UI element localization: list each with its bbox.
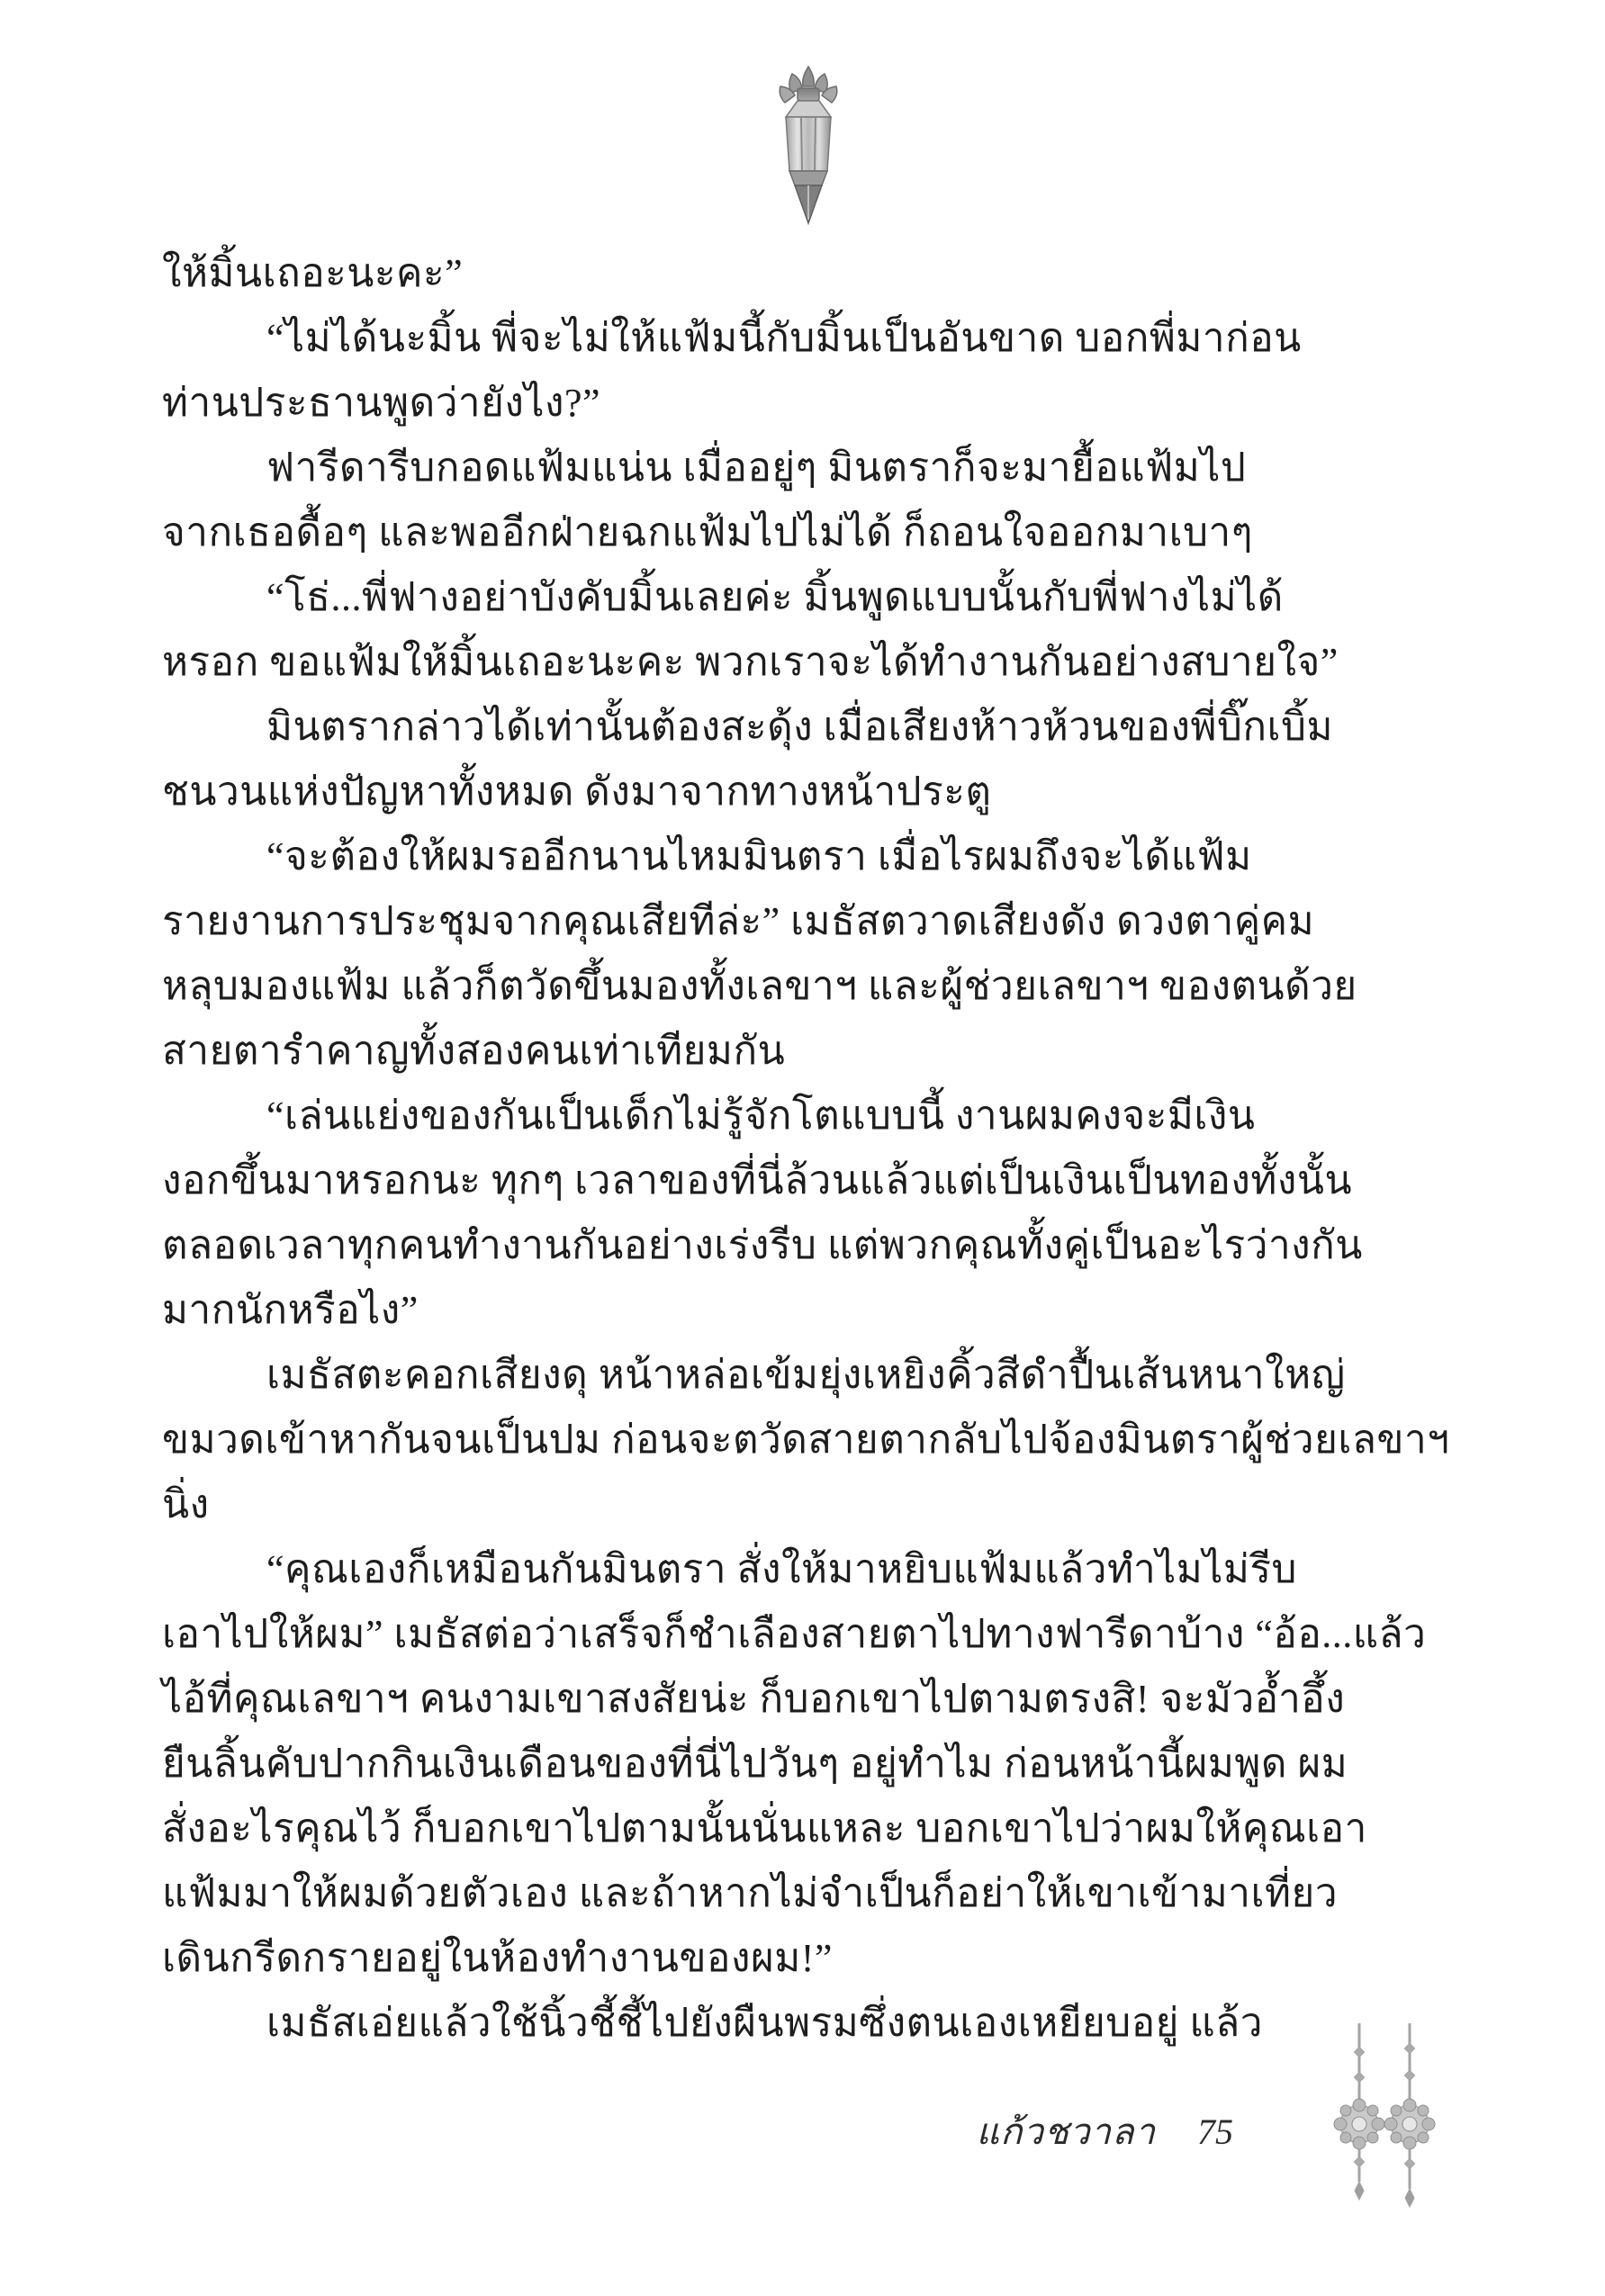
hanging-tassels-icon: [1316, 2023, 1451, 2239]
text-line: เอาไปให้ผม” เมธัสต่อว่าเสร็จก็ชำเลืองสาย…: [162, 1602, 1465, 1667]
lantern-icon: [768, 65, 849, 225]
text-line: มินตรากล่าวได้เท่านั้นต้องสะดุ้ง เมื่อเส…: [162, 695, 1465, 760]
text-line: เมธัสตะคอกเสียงดุ หน้าหล่อเข้มยุ่งเหยิงค…: [162, 1343, 1465, 1408]
text-line: จากเธอดื้อๆ และพออีกฝ่ายฉกแฟ้มไปไม่ได้ ก…: [162, 500, 1465, 565]
text-line: ตลอดเวลาทุกคนทำงานกันอย่างเร่งรีบ แต่พวก…: [162, 1213, 1465, 1278]
text-line: ยืนลิ้นคับปากกินเงินเดือนของที่นี่ไปวันๆ…: [162, 1732, 1465, 1796]
text-line: “โธ่...พี่ฟางอย่าบังคับมิ้นเลยค่ะ มิ้นพู…: [162, 565, 1465, 630]
page-text: ให้มิ้นเถอะนะคะ” “ไม่ได้นะมิ้น พี่จะไม่ใ…: [162, 241, 1465, 2056]
page-footer: แก้วชวาลา75: [0, 2102, 1233, 2160]
text-line: นิ่ง: [162, 1472, 1465, 1537]
text-line: “ไม่ได้นะมิ้น พี่จะไม่ให้แฟ้มนี้กับมิ้นเ…: [162, 306, 1465, 371]
text-line: หลุบมองแฟ้ม แล้วก็ตวัดขึ้นมองทั้งเลขาฯ แ…: [162, 954, 1465, 1019]
text-line: มากนักหรือไง”: [162, 1278, 1465, 1343]
text-line: สายตารำคาญทั้งสองคนเท่าเทียมกัน: [162, 1019, 1465, 1084]
text-line: หรอก ขอแฟ้มให้มิ้นเถอะนะคะ พวกเราจะได้ทำ…: [162, 630, 1465, 695]
text-line: ฟารีดารีบกอดแฟ้มแน่น เมื่ออยู่ๆ มินตราก็…: [162, 436, 1465, 500]
text-line: งอกขึ้นมาหรอกนะ ทุกๆ เวลาของที่นี่ล้วนแล…: [162, 1148, 1465, 1213]
text-line: เมธัสเอ่ยแล้วใช้นิ้วชี้ชี้ไปยังผืนพรมซึ่…: [162, 1991, 1465, 2056]
text-line: “จะต้องให้ผมรออีกนานไหมมินตรา เมื่อไรผมถ…: [162, 824, 1465, 889]
book-title: แก้วชวาลา: [976, 2111, 1156, 2152]
text-line: ไอ้ที่คุณเลขาฯ คนงามเขาสงสัยน่ะ ก็บอกเขา…: [162, 1667, 1465, 1732]
text-line: “เล่นแย่งของกันเป็นเด็กไม่รู้จักโตแบบนี้…: [162, 1084, 1465, 1148]
text-line: รายงานการประชุมจากคุณเสียทีล่ะ” เมธัสตวา…: [162, 889, 1465, 954]
text-line: ขมวดเข้าหากันจนเป็นปม ก่อนจะตวัดสายตากลั…: [162, 1408, 1465, 1472]
text-line: สั่งอะไรคุณไว้ ก็บอกเขาไปตามนั้นนั่นแหละ…: [162, 1796, 1465, 1861]
text-line: ท่านประธานพูดว่ายังไง?”: [162, 371, 1465, 436]
text-line: แฟ้มมาให้ผมด้วยตัวเอง และถ้าหากไม่จำเป็น…: [162, 1861, 1465, 1926]
text-line: ให้มิ้นเถอะนะคะ”: [162, 241, 1465, 306]
text-line: “คุณเองก็เหมือนกันมินตรา สั่งให้มาหยิบแฟ…: [162, 1537, 1465, 1602]
book-page: ให้มิ้นเถอะนะคะ” “ไม่ได้นะมิ้น พี่จะไม่ใ…: [0, 0, 1605, 2296]
page-number: 75: [1197, 2111, 1233, 2152]
text-line: เดินกรีดกรายอยู่ในห้องทำงานของผม!”: [162, 1926, 1465, 1991]
text-line: ชนวนแห่งปัญหาทั้งหมด ดังมาจากทางหน้าประต…: [162, 760, 1465, 824]
